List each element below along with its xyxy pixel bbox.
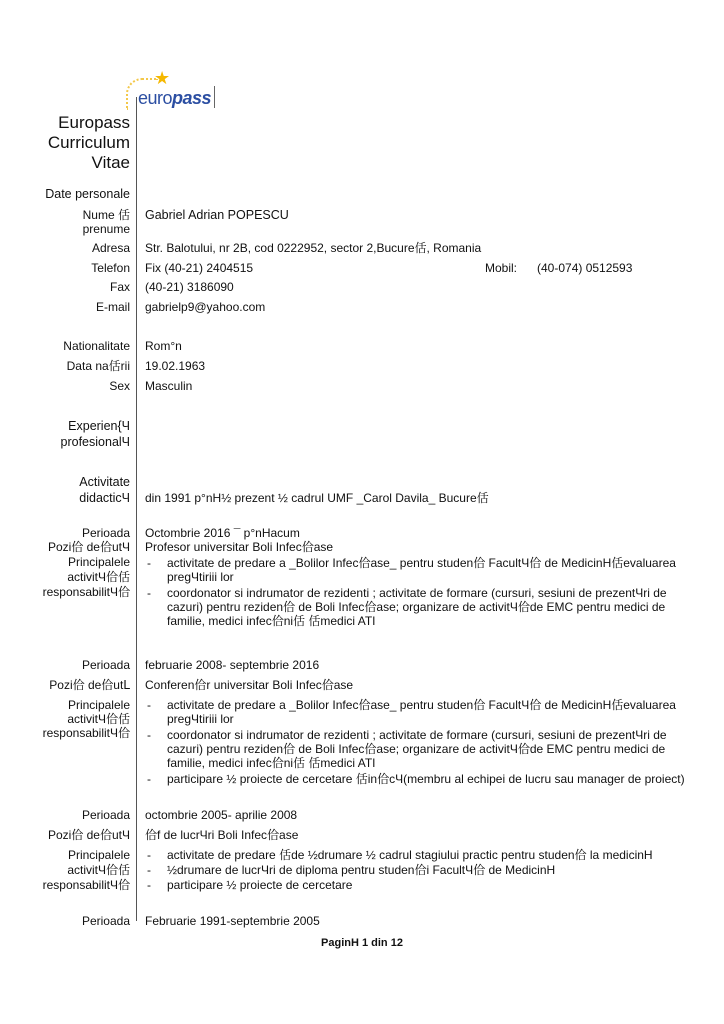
email-label: E-mail (96, 299, 130, 315)
sex-value: Masculin (145, 378, 192, 394)
sex-label: Sex (109, 378, 130, 394)
phone-value: Fix (40-21) 2404515 (145, 260, 253, 276)
teaching-label-2: didacticЧ (79, 490, 130, 506)
job1-responsibilities: activitate de predare a _Bolilor Infec佮a… (145, 556, 705, 628)
job3-resp-label-3: responsabilitЧ佮 (43, 877, 130, 893)
logo-divider (214, 86, 215, 108)
list-item: coordonator si indrumator de rezidenti ;… (145, 586, 705, 628)
birthdate-label: Data na佸rii (67, 358, 130, 374)
job3-resp-label-2: activitЧ佮佸 (67, 862, 130, 878)
address-value: Str. Balotului, nr 2B, cod 0222952, sect… (145, 240, 481, 256)
section-personal-label: Date personale (45, 186, 130, 202)
fax-label: Fax (110, 279, 130, 295)
email-value[interactable]: gabrielp9@yahoo.com (145, 299, 265, 315)
job2-period: februarie 2008- septembrie 2016 (145, 657, 319, 673)
europass-logo: ★ europass (124, 68, 224, 112)
figure-star-icon: ★ (154, 68, 170, 89)
list-item: activitate de predare a _Bolilor Infec佮a… (145, 698, 705, 726)
job4-period-label: Perioada (82, 913, 130, 929)
list-item: coordonator si indrumator de rezidenti ;… (145, 728, 705, 770)
birthdate-value: 19.02.1963 (145, 358, 205, 374)
name-label-2: prenume (83, 221, 130, 237)
mobile-value: (40-074) 0512593 (537, 260, 632, 276)
job3-period: octombrie 2005- aprilie 2008 (145, 807, 297, 823)
job2-period-label: Perioada (82, 657, 130, 673)
job2-resp-label-3: responsabilitЧ佮 (43, 725, 130, 741)
section-experience-label-2: profesionalЧ (61, 434, 130, 450)
phone-label: Telefon (91, 260, 130, 276)
job1-position-label: Pozi佮 de佮utЧ (48, 539, 130, 555)
job1-resp-label-2: activitЧ佮佸 (67, 569, 130, 585)
job4-period: Februarie 1991-septembrie 2005 (145, 913, 320, 929)
job1-resp-label-3: responsabilitЧ佮 (43, 584, 130, 600)
job2-position-label: Pozi佮 de佮utᒪ (49, 677, 130, 693)
job3-position: 佮f de lucrЧri Boli Infec佮ase (145, 827, 298, 843)
list-item: participare ½ proiecte de cercetare (145, 878, 705, 892)
teaching-label: Activitate (79, 474, 130, 490)
job3-position-label: Pozi佮 de佮utЧ (48, 827, 130, 843)
fax-value: (40-21) 3186090 (145, 279, 234, 295)
job3-period-label: Perioada (82, 807, 130, 823)
list-item: activitate de predare a _Bolilor Infec佮a… (145, 556, 705, 584)
job1-resp-label: Principalele (68, 554, 130, 570)
mobile-label: Mobil: (485, 260, 517, 276)
logo-wordmark: europass (138, 88, 211, 109)
job2-responsibilities: activitate de predare a _Bolilor Infec佮a… (145, 698, 705, 786)
name-value: Gabriel Adrian POPESCU (145, 207, 289, 223)
list-item: ½drumare de lucrЧri de diploma pentru st… (145, 863, 705, 877)
section-experience-label: Experien{Ч (68, 418, 130, 434)
teaching-value: din 1991 p°nН½ prezent ½ cadrul UMF _Car… (145, 490, 489, 506)
job3-responsibilities: activitate de predare 佸de ½drumare ½ cad… (145, 848, 705, 892)
nationality-label: Nationalitate (63, 338, 130, 354)
job2-position: Conferen佮r universitar Boli Infec佮ase (145, 677, 353, 693)
column-divider (136, 97, 137, 921)
address-label: Adresa (92, 240, 130, 256)
job3-resp-label: Principalele (68, 847, 130, 863)
document-title: Europass Curriculum Vitae (48, 113, 130, 173)
job1-position: Profesor universitar Boli Infec佮ase (145, 539, 333, 555)
page-number: PaginН 1 din 12 (0, 937, 724, 949)
cv-page: ★ europass Europass Curriculum Vitae Dat… (0, 0, 724, 1024)
list-item: participare ½ proiecte de cercetare 佸in佮… (145, 772, 705, 786)
nationality-value: Rom°n (145, 338, 182, 354)
list-item: activitate de predare 佸de ½drumare ½ cad… (145, 848, 705, 862)
